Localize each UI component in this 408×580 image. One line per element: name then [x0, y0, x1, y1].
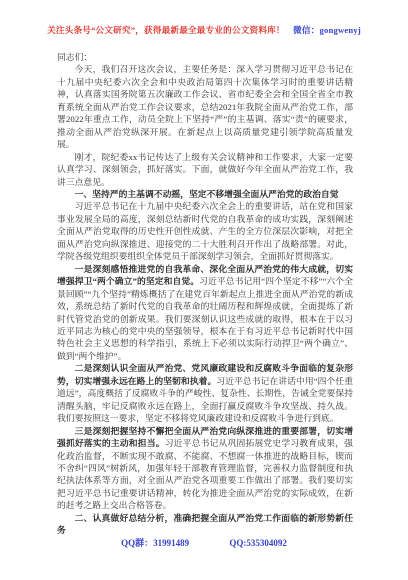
paragraph-text: 刚才，院纪委xx书记传达了上级有关会议精神和工作要求，大家一定要认真学习、深刻领…: [57, 152, 353, 187]
section-heading-2: 二、认真做好总结分析，准确把握全面从严治党工作面临的新形势新任务: [57, 512, 353, 537]
paragraph-transition: 刚才，院纪委xx书记传达了上级有关会议精神和工作要求，大家一定要认真学习、深刻领…: [57, 151, 353, 188]
paragraph-section1-intro: 习近平总书记在十九届中央纪委六次全会上的重要讲话，站在党和国家事业发展全局的高度…: [57, 200, 353, 262]
paragraph-text: 习近平总书记用“四个坚定不移”“六个全景回顾”“九个坚持”精炼概括了在建党百年新…: [57, 276, 353, 361]
salutation: 同志们：: [57, 51, 353, 63]
paragraph-text: 习近平总书记从巩固拓展党史学习教育成果，强化政治监督，不断实现不敢腐、不能腐、不…: [57, 438, 353, 510]
paragraph-point-3: 三是深刻把握坚持不懈把全面从严治党向纵深推进的重要部署，切实增强抓好落实的主动和…: [57, 425, 353, 512]
qq-group-number: QQ群：31991489: [121, 536, 189, 549]
section-heading-1: 一、坚持严的主基调不动摇，坚定不移增强全面从严治党的政治自觉: [57, 188, 353, 200]
footer-contact: QQ群：31991489 QQ:535304092: [0, 536, 408, 549]
document-page: 关注头条号“公文研究”，获得最新最全最专业的公文资料库！ 微信：gongweny…: [0, 0, 408, 580]
paragraph-point-1: 一是深刻感悟推进党的自我革命、深化全面从严治党的伟大成就，切实增强捍卫“两个确立…: [57, 263, 353, 363]
paragraph-text: 今天，我们召开这次会议，主要任务是：深入学习贯彻习近平总书记在十九届中央纪委六次…: [57, 64, 353, 149]
qq-number: QQ:535304092: [229, 538, 287, 548]
paragraph-opening: 今天，我们召开这次会议，主要任务是：深入学习贯彻习近平总书记在十九届中央纪委六次…: [57, 63, 353, 150]
paragraph-text: 习近平总书记在十九届中央纪委六次全会上的重要讲话，站在党和国家事业发展全局的高度…: [57, 201, 353, 261]
paragraph-point-2: 二是深刻认识全面从严治党、党风廉政建设和反腐败斗争面临的复杂形势，切实增强永远在…: [57, 362, 353, 424]
document-body: 同志们： 今天，我们召开这次会议，主要任务是：深入学习贯彻习近平总书记在十九届中…: [57, 51, 353, 537]
banner-notice-text: 关注头条号“公文研究”，获得最新最全最专业的公文资料库！: [47, 25, 285, 35]
promo-banner: 关注头条号“公文研究”，获得最新最全最专业的公文资料库！ 微信：gongweny…: [0, 24, 408, 36]
banner-wechat-id: 微信：gongwenyj: [293, 25, 361, 35]
